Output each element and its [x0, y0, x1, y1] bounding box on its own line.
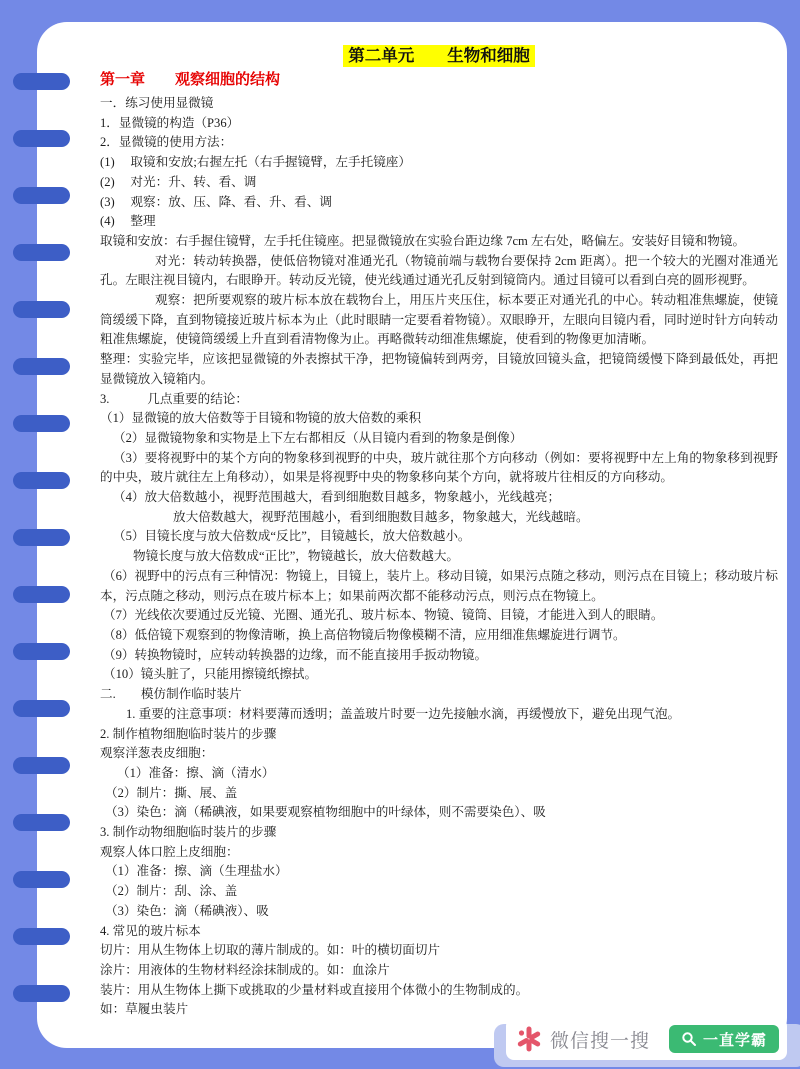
text-line: 物镜长度与放大倍数成“正比”，物镜越长，放大倍数越大。 [133, 547, 778, 567]
text-line: （4）放大倍数越小，视野范围越大，看到细胞数目越多，物象越小，光线越亮； [113, 488, 778, 508]
binder-ring [13, 187, 70, 204]
text-line: (2) 对光：升、转、看、调 [100, 173, 778, 193]
text-line: (3) 观察：放、压、降、看、升、看、调 [100, 193, 778, 213]
watermark-card: 微信搜一搜 一直学霸 [506, 1018, 787, 1060]
watermark-search-button: 一直学霸 [669, 1025, 779, 1053]
watermark-brand-label: 微信搜一搜 [550, 1026, 650, 1053]
text-line: 观察洋葱表皮细胞： [100, 744, 778, 764]
text-line: 观察：把所要观察的玻片标本放在载物台上，用压片夹压住，标本要正对通光孔的中心。转… [100, 291, 778, 350]
binder-ring [13, 928, 70, 945]
text-line: 观察人体口腔上皮细胞： [100, 843, 778, 863]
text-line: 装片：用从生物体上撕下或挑取的少量材料或直接用个体微小的生物制成的。 [100, 981, 778, 1001]
text-line: 2．显微镜的使用方法： [100, 133, 778, 153]
text-line: 整理：实验完毕，应该把显微镜的外表擦拭干净，把物镜偏转到两旁，目镜放回镜头盒，把… [100, 350, 778, 389]
text-line: 对光：转动转换器，使低倍物镜对准通光孔（物镜前端与载物台要保持 2cm 距离）。… [100, 252, 778, 291]
binder-ring [13, 985, 70, 1002]
text-line: （8）低倍镜下观察到的物像清晰，换上高倍物镜后物像模糊不清，应用细准焦螺旋进行调… [103, 626, 778, 646]
unit-title: 第二单元 生物和细胞 [343, 45, 535, 67]
text-line: （3）要将视野中的某个方向的物象移到视野的中央，玻片就往那个方向移动（例如：要将… [100, 449, 778, 488]
unit-title-row: 第二单元 生物和细胞 [100, 45, 778, 69]
watermark-button-label: 一直学霸 [703, 1029, 767, 1050]
text-line: 二. 模仿制作临时装片 [100, 685, 778, 705]
chapter-title: 第一章 观察细胞的结构 [100, 70, 778, 91]
text-line: 一．练习使用显微镜 [100, 94, 778, 114]
text-line: （2）显微镜物象和实物是上下左右都相反（从目镜内看到的物象是倒像） [113, 429, 778, 449]
binder-ring [13, 814, 70, 831]
text-line: 1. 重要的注意事项：材料要薄而透明；盖盖玻片时要一边先接触水滴，再缓慢放下，避… [126, 705, 778, 725]
text-line: （1）显微镜的放大倍数等于目镜和物镜的放大倍数的乘积 [100, 409, 778, 429]
binder-ring [13, 529, 70, 546]
binder-ring [13, 358, 70, 375]
page-content: 第二单元 生物和细胞 第一章 观察细胞的结构 一．练习使用显微镜1．显微镜的构造… [100, 22, 778, 1020]
text-line: （6）视野中的污点有三种情况：物镜上，目镜上，装片上。移动目镜，如果污点随之移动… [100, 567, 778, 606]
text-line: 涂片：用液体的生物材料经涂抹制成的。如：血涂片 [100, 961, 778, 981]
text-line: （5）目镜长度与放大倍数成“反比”，目镜越长，放大倍数越小。 [113, 527, 778, 547]
binder-ring [13, 643, 70, 660]
binder-ring [13, 73, 70, 90]
binder-ring [13, 130, 70, 147]
text-line: （3）染色：滴（稀碘液，如果要观察植物细胞中的叶绿体，则不需要染色）、吸 [105, 803, 778, 823]
text-line: （2）制片：撕、展、盖 [105, 784, 778, 804]
text-line: （1）准备：擦、滴（清水） [117, 764, 778, 784]
text-line: 放大倍数越大，视野范围越小，看到细胞数目越多，物象越大，光线越暗。 [173, 508, 778, 528]
binder-ring [13, 472, 70, 489]
text-line: 4. 常见的玻片标本 [100, 922, 778, 942]
binder-ring [13, 700, 70, 717]
binder-ring [13, 301, 70, 318]
binder-ring [13, 415, 70, 432]
text-line: （10）镜头脏了，只能用擦镜纸擦拭。 [103, 665, 778, 685]
text-line: (4) 整理 [100, 212, 778, 232]
text-line: 取镜和安放：右手握住镜臂，左手托住镜座。把显微镜放在实验台距边缘 7cm 左右处… [100, 232, 778, 252]
wechat-search-icon [516, 1026, 542, 1052]
notes-body: 一．练习使用显微镜1．显微镜的构造（P36）2．显微镜的使用方法：(1) 取镜和… [100, 94, 778, 1020]
binder-ring [13, 871, 70, 888]
text-line: （1）准备：擦、滴（生理盐水） [105, 862, 778, 882]
text-line: （3）染色：滴（稀碘液）、吸 [105, 902, 778, 922]
text-line: 3. 几点重要的结论： [100, 390, 778, 410]
text-line: （9）转换物镜时，应转动转换器的边缘，而不能直接用手扳动物镜。 [103, 646, 778, 666]
text-line: 切片：用从生物体上切取的薄片制成的。如：叶的横切面切片 [100, 941, 778, 961]
binder-ring [13, 586, 70, 603]
text-line: （7）光线依次要通过反光镜、光圈、通光孔、玻片标本、物镜、镜筒、目镜，才能进入到… [103, 606, 778, 626]
text-line: 1．显微镜的构造（P36） [100, 114, 778, 134]
magnifier-icon [681, 1031, 697, 1047]
binder-ring [13, 244, 70, 261]
binder-ring [13, 757, 70, 774]
text-line: (1) 取镜和安放;右握左托（右手握镜臂，左手托镜座） [100, 153, 778, 173]
text-line: 3. 制作动物细胞临时装片的步骤 [100, 823, 778, 843]
text-line: （2）制片：刮、涂、盖 [105, 882, 778, 902]
text-line: 2. 制作植物细胞临时装片的步骤 [100, 725, 778, 745]
